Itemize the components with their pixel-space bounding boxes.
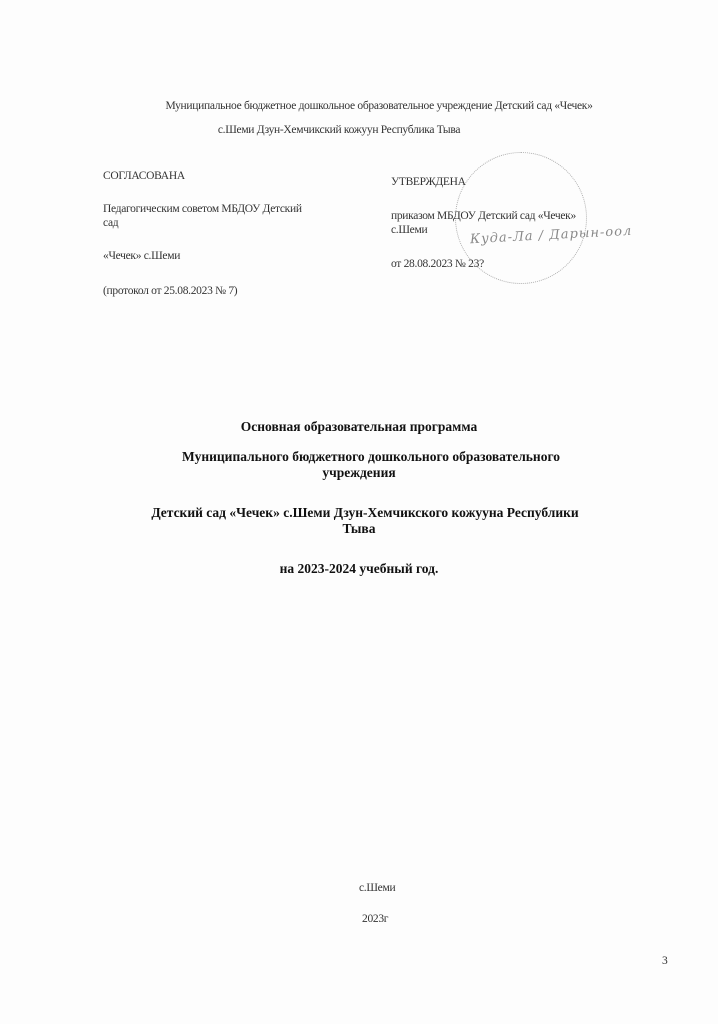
title-line2: Муниципального бюджетного дошкольного об… bbox=[12, 448, 718, 465]
title-line6: на 2023-2024 учебный год. bbox=[0, 560, 718, 577]
agreed-heading: СОГЛАСОВАНА bbox=[103, 170, 185, 183]
place: с.Шеми bbox=[359, 882, 395, 895]
title-line3: учреждения bbox=[0, 464, 718, 481]
org-name-line2: с.Шеми Дзун-Хемчикский кожуун Республика… bbox=[0, 124, 698, 136]
approved-line2: с.Шеми bbox=[391, 224, 427, 237]
page-number: 3 bbox=[662, 955, 667, 968]
org-name-line1: Муниципальное бюджетное дошкольное образ… bbox=[20, 100, 718, 112]
title-line4: Детский сад «Чечек» с.Шеми Дзун-Хемчикск… bbox=[6, 504, 718, 521]
agreed-line1: Педагогическим советом МБДОУ Детский bbox=[103, 203, 302, 216]
title-line1: Основная образовательная программа bbox=[0, 418, 718, 435]
title-line5: Тыва bbox=[0, 520, 718, 537]
approved-line3: от 28.08.2023 № 23? bbox=[391, 258, 484, 271]
agreed-line3: «Чечек» с.Шеми bbox=[103, 250, 180, 263]
approved-line1: приказом МБДОУ Детский сад «Чечек» bbox=[391, 210, 576, 223]
approved-heading: УТВЕРЖДЕНА bbox=[391, 176, 466, 189]
agreed-line2: сад bbox=[103, 217, 118, 230]
agreed-line4: (протокол от 25.08.2023 № 7) bbox=[103, 285, 237, 298]
year: 2023г bbox=[362, 913, 388, 926]
